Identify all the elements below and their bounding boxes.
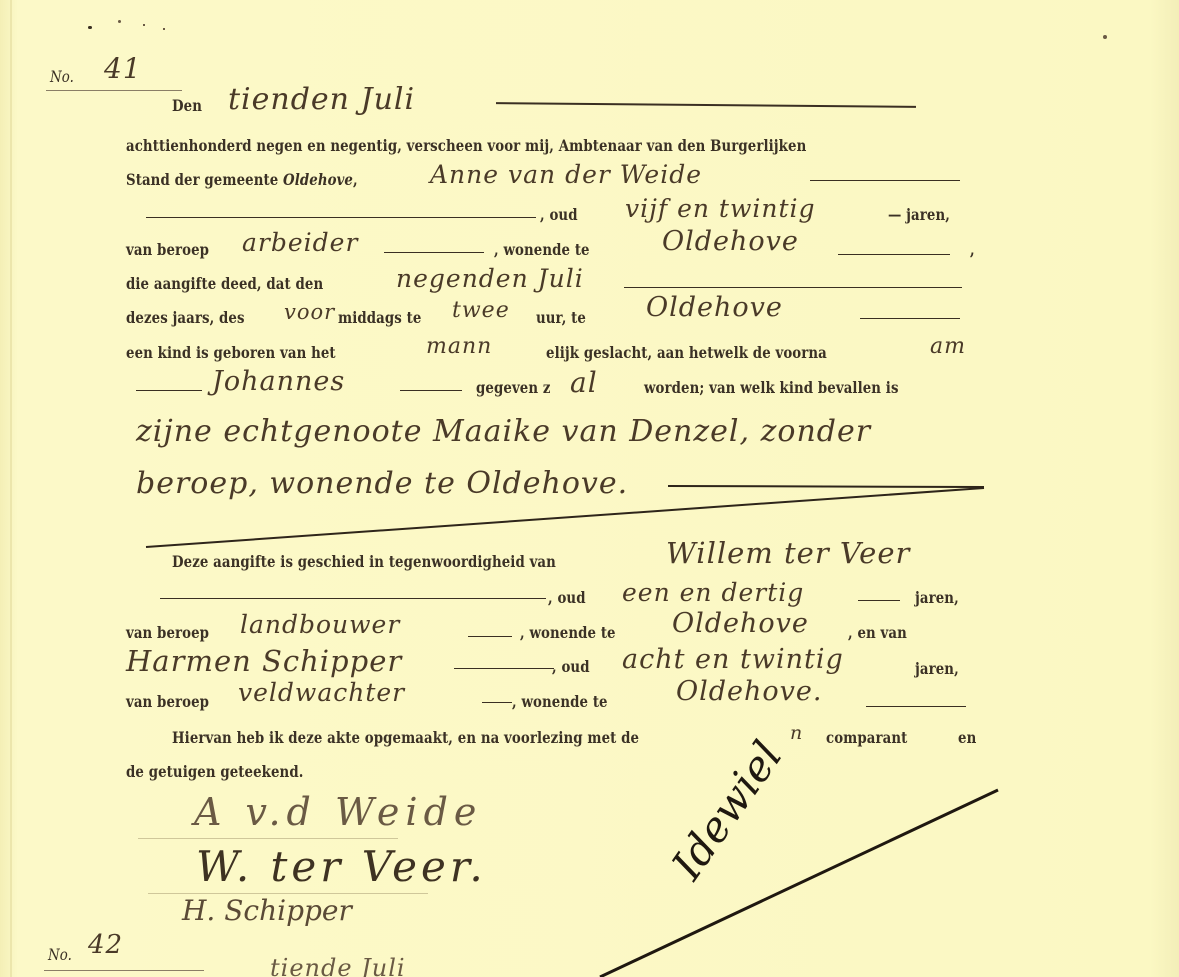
child-name: Johannes xyxy=(212,366,345,397)
line9-fill-rule-a xyxy=(136,390,202,391)
line6-fill-rule xyxy=(624,287,962,288)
line14-suffix: , en van xyxy=(848,623,907,642)
line9-gegeven: gegeven z xyxy=(476,378,551,397)
signature-registrar: Idewiel xyxy=(662,732,792,888)
line1-prefix: Den xyxy=(172,96,202,115)
line14-prefix: van beroep xyxy=(126,623,209,642)
next-record-underline xyxy=(44,970,204,971)
line16-fill-rule xyxy=(482,702,512,703)
line1-fill-rule xyxy=(496,102,916,108)
line9-suffix: worden; van welk kind bevallen is xyxy=(644,378,899,397)
birth-hour: twee xyxy=(452,298,510,323)
line8-prefix: een kind is geboren van het xyxy=(126,343,336,362)
line8-am: am xyxy=(930,334,966,359)
civil-register-page: No. 41 Den tienden Juli achttienhonderd … xyxy=(0,0,1179,977)
line17-n: n xyxy=(790,722,803,744)
line13-jaren: jaren, xyxy=(915,588,959,607)
line17-comparant: comparant xyxy=(826,728,907,747)
witness1-age: een en dertig xyxy=(622,578,804,607)
declarant-name: Anne van der Weide xyxy=(430,160,702,189)
line7-uur: uur, te xyxy=(536,308,586,327)
birth-place: Oldehove xyxy=(646,292,783,323)
line16-wonende: , wonende te xyxy=(512,692,608,711)
line3-prefix: Stand der gemeente Oldehove, xyxy=(126,170,358,189)
line13-fill-rule xyxy=(160,598,546,599)
line5-comma: , xyxy=(970,240,975,259)
declarant-age: vijf en twintig xyxy=(625,194,816,223)
line4-fill-rule xyxy=(146,217,536,218)
witness1-name: Willem ter Veer xyxy=(666,536,910,570)
line18-text: de getuigen geteekend. xyxy=(126,762,303,781)
line9-fill-rule-b xyxy=(400,390,462,391)
line17-text: Hiervan heb ik deze akte opgemaakt, en n… xyxy=(172,728,639,747)
witness2-occupation: veldwachter xyxy=(238,678,405,707)
line14-wonende: , wonende te xyxy=(520,623,616,642)
signature-declarant: A v.d Weide xyxy=(194,790,482,834)
signature-witness1: W. ter Veer. xyxy=(196,842,487,891)
line16-fill-rule-b xyxy=(866,706,966,707)
line15-jaren: jaren, xyxy=(915,659,959,678)
line6-prefix: die aangifte deed, dat den xyxy=(126,274,323,293)
mother-details-continued: beroep, wonende te Oldehove. xyxy=(136,466,628,501)
record-number: 41 xyxy=(104,52,142,85)
line7-prefix: dezes jaars, des xyxy=(126,308,245,327)
line2-text: achttienhonderd negen en negentig, versc… xyxy=(126,136,806,155)
line3-fill-rule xyxy=(810,180,960,181)
page-left-edge xyxy=(10,0,12,977)
line15-fill-rule xyxy=(454,668,554,669)
line5-fill-rule-a xyxy=(384,252,484,253)
next-record-number: 42 xyxy=(88,930,123,960)
ink-specks xyxy=(88,20,188,50)
birth-date: negenden Juli xyxy=(396,264,584,293)
record-number-label: No. xyxy=(50,68,74,86)
birth-part-of-day: voor xyxy=(284,300,335,324)
line4-jaren: — jaren, xyxy=(888,205,950,224)
witness2-name: Harmen Schipper xyxy=(126,644,402,678)
line13-fill-rule-b xyxy=(858,600,900,601)
declarant-residence: Oldehove xyxy=(662,226,799,257)
mother-details: zijne echtgenoote Maaike van Denzel, zon… xyxy=(136,414,871,449)
signature-witness2: H. Schipper xyxy=(182,894,352,927)
line5-prefix: van beroep xyxy=(126,240,209,259)
line15-oud: , oud xyxy=(552,657,590,676)
line4-oud: , oud xyxy=(540,205,578,224)
line5-fill-rule-b xyxy=(838,254,950,255)
line7-middags: middags te xyxy=(338,308,421,327)
witness1-residence: Oldehove xyxy=(672,608,809,639)
witness2-residence: Oldehove. xyxy=(676,676,823,707)
line17-en: en xyxy=(958,728,976,747)
record-number-underline xyxy=(46,90,182,91)
declarant-occupation: arbeider xyxy=(242,228,358,257)
line13-oud: , oud xyxy=(548,588,586,607)
line14-fill-rule xyxy=(468,636,512,637)
line12-prefix: Deze aangifte is geschied in tegenwoordi… xyxy=(172,552,556,571)
line9-al: al xyxy=(570,366,598,399)
line7-fill-rule xyxy=(860,318,960,319)
signature-line-1 xyxy=(138,838,398,839)
witness2-age: acht en twintig xyxy=(622,644,844,675)
witness1-occupation: landbouwer xyxy=(240,610,400,639)
municipality: Oldehove xyxy=(283,170,353,189)
line8-suffix: elijk geslacht, aan hetwelk de voorna xyxy=(546,343,827,362)
child-sex: mann xyxy=(426,334,492,359)
line16-prefix: van beroep xyxy=(126,692,209,711)
line5-wonende: , wonende te xyxy=(494,240,590,259)
birth-registration-date: tienden Juli xyxy=(228,82,415,117)
next-record-partial-date: tiende Juli xyxy=(270,954,406,977)
next-record-number-label: No. xyxy=(48,946,72,964)
